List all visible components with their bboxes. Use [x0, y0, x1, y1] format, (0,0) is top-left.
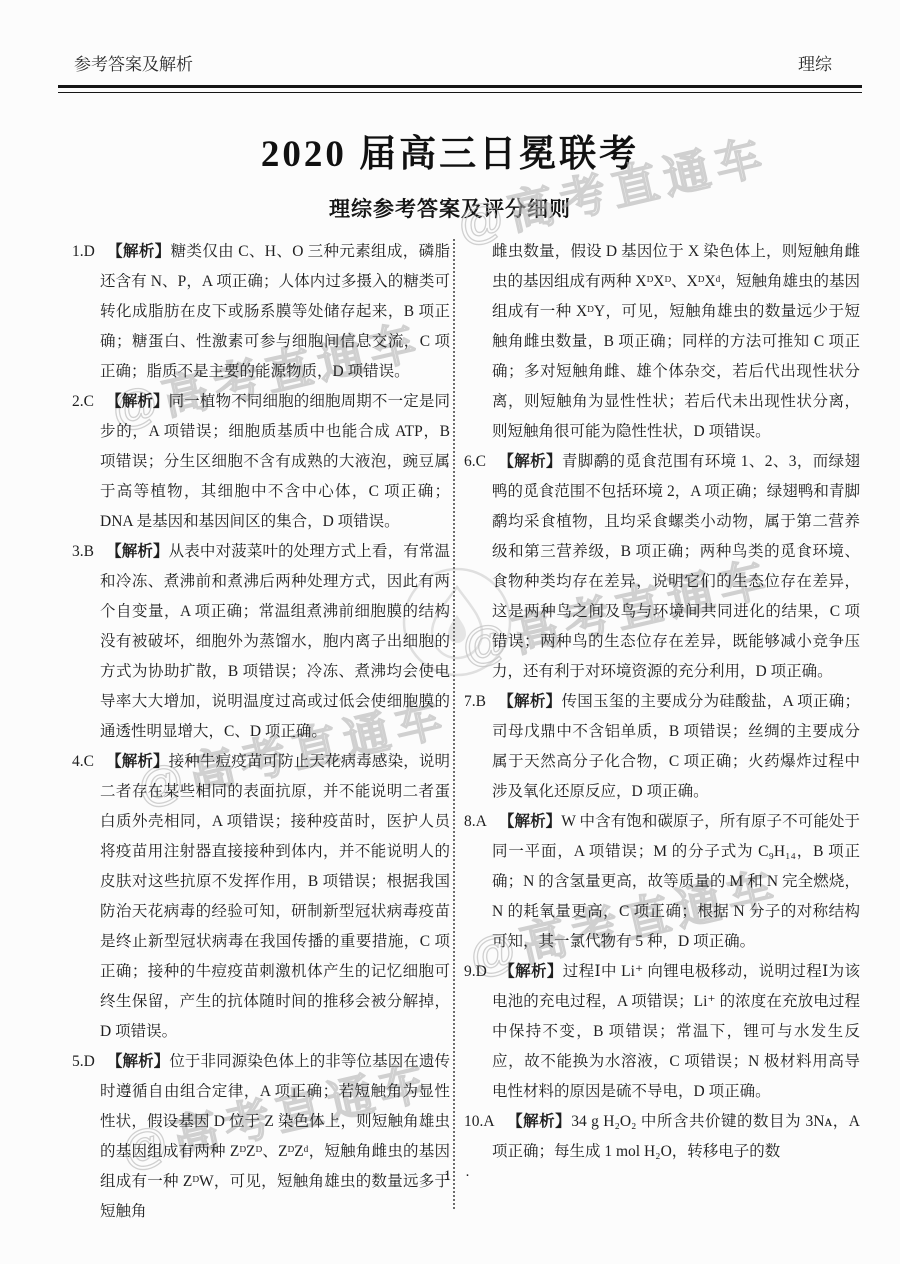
analysis-tag: 【解析】 [498, 693, 561, 710]
item-number: 5.D [72, 1053, 95, 1070]
item-text: 糖类仅由 C、H、O 三种元素组成，磷脂还含有 N、P，A 项正确；人体内过多摄… [100, 243, 450, 380]
analysis-tag: 【解析】 [498, 453, 562, 470]
answer-sheet-page: 参考答案及解析 理综 2020 届高三日冕联考 理综参考答案及评分细则 @高考直… [0, 0, 900, 1264]
answer-item-5-continuation: 雌虫数量，假设 D 基因位于 X 染色体上，则短触角雌虫的基因组成有两种 XᴰX… [464, 237, 860, 447]
item-text: 雌虫数量，假设 D 基因位于 X 染色体上，则短触角雌虫的基因组成有两种 XᴰX… [492, 243, 860, 440]
item-number: 6.C [464, 453, 486, 470]
left-column: 1.D【解析】糖类仅由 C、H、O 三种元素组成，磷脂还含有 N、P，A 项正确… [72, 237, 450, 1227]
analysis-tag: 【解析】 [106, 753, 169, 770]
page-header: 参考答案及解析 理综 [0, 0, 900, 75]
item-number: 1.D [72, 243, 95, 260]
item-number: 7.B [464, 693, 486, 710]
item-text: 过程Ⅰ中 Li⁺ 向锂电极移动，说明过程Ⅰ为该电池的充电过程，A 项错误；Li⁺… [492, 963, 860, 1100]
analysis-tag: 【解析】 [499, 813, 561, 830]
answer-item-6: 6.C【解析】青脚鹬的觅食范围有环境 1、2、3，而绿翅鸭的觅食范围不包括环境 … [464, 447, 860, 687]
answer-item-9: 9.D【解析】过程Ⅰ中 Li⁺ 向锂电极移动，说明过程Ⅰ为该电池的充电过程，A … [464, 957, 860, 1107]
item-text: 青脚鹬的觅食范围有环境 1、2、3，而绿翅鸭的觅食范围不包括环境 2，A 项正确… [492, 453, 860, 680]
item-text: W 中含有饱和碳原子，所有原子不可能处于同一平面，A 项错误；M 的分子式为 C… [492, 813, 860, 950]
analysis-tag: 【解析】 [107, 243, 171, 260]
answer-item-10: 10.A【解析】34 g H₂O₂ 中所含共价键的数目为 3Nᴀ，A 项正确；每… [464, 1107, 860, 1167]
header-right-label: 理综 [798, 50, 832, 75]
item-text: 位于非同源染色体上的非等位基因在遗传时遵循自由组合定律，A 项正确；若短触角为显… [100, 1053, 450, 1220]
answer-item-4: 4.C【解析】接种牛痘疫苗可防止天花病毒感染，说明二者存在某些相同的表面抗原，并… [72, 747, 450, 1047]
analysis-tag: 【解析】 [499, 963, 563, 980]
analysis-tag: 【解析】 [106, 543, 169, 560]
header-divider [58, 85, 862, 93]
item-number: 9.D [464, 963, 487, 980]
answer-columns: 1.D【解析】糖类仅由 C、H、O 三种元素组成，磷脂还含有 N、P，A 项正确… [72, 237, 860, 1227]
item-text: 从表中对菠菜叶的处理方式上看，有常温和冷冻、煮沸前和煮沸后两种处理方式，因此有两… [100, 543, 450, 740]
item-number: 10.A [464, 1113, 495, 1130]
item-number: 4.C [72, 753, 94, 770]
item-number: 8.A [464, 813, 487, 830]
answer-item-2: 2.C【解析】同一植物不同细胞的细胞周期不一定是同步的，A 项错误；细胞质基质中… [72, 387, 450, 537]
answer-item-1: 1.D【解析】糖类仅由 C、H、O 三种元素组成，磷脂还含有 N、P，A 项正确… [72, 237, 450, 387]
analysis-tag: 【解析】 [107, 1053, 170, 1070]
answer-item-7: 7.B【解析】传国玉玺的主要成分为硅酸盐，A 项正确；司母戊鼎中不含铝单质，B … [464, 687, 860, 807]
answer-item-3: 3.B【解析】从表中对菠菜叶的处理方式上看，有常温和冷冻、煮沸前和煮沸后两种处理… [72, 537, 450, 747]
answer-item-8: 8.A【解析】W 中含有饱和碳原子，所有原子不可能处于同一平面，A 项错误；M … [464, 807, 860, 957]
header-left-label: 参考答案及解析 [74, 50, 193, 75]
item-text: 接种牛痘疫苗可防止天花病毒感染，说明二者存在某些相同的表面抗原，并不能说明二者蛋… [100, 753, 450, 1040]
item-text: 同一植物不同细胞的细胞周期不一定是同步的，A 项错误；细胞质基质中也能合成 AT… [100, 393, 450, 530]
right-column: 雌虫数量，假设 D 基因位于 X 染色体上，则短触角雌虫的基因组成有两种 XᴰX… [455, 237, 860, 1227]
item-number: 3.B [72, 543, 94, 560]
analysis-tag: 【解析】 [106, 393, 169, 410]
item-number: 2.C [72, 393, 94, 410]
page-title: 2020 届高三日冕联考 [0, 123, 900, 177]
page-subtitle: 理综参考答案及评分细则 [0, 193, 900, 223]
analysis-tag: 【解析】 [507, 1113, 572, 1130]
answer-item-5: 5.D【解析】位于非同源染色体上的非等位基因在遗传时遵循自由组合定律，A 项正确… [72, 1047, 450, 1227]
